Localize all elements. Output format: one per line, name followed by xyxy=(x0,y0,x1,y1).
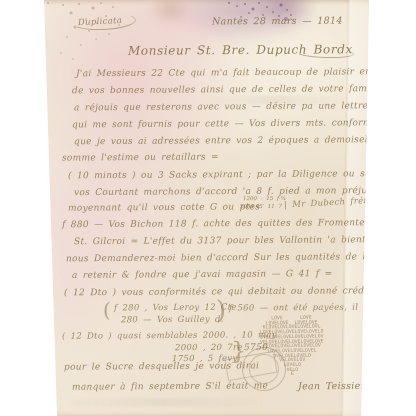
handwritten-line: a retenir & fondre que j'avai magasin — … xyxy=(72,269,332,281)
dateline: Nantes 28 mars — 1814 xyxy=(212,16,343,28)
gold-speckles xyxy=(47,2,49,4)
ink-bleedthrough xyxy=(64,398,264,406)
account-sum-560: f 560 — ont été payées, il acquittés xyxy=(229,302,406,313)
purple-speckles xyxy=(228,2,230,4)
duplicata-flourish xyxy=(72,11,137,31)
signature: Jean Teissier — xyxy=(298,381,381,393)
account-line: 280 — Vos Guilley d. xyxy=(121,315,224,326)
love-heart-line: E xyxy=(291,373,294,378)
closing-brace: ) xyxy=(216,296,227,326)
figure-stack-lower: 2084.45′ 11 7 xyxy=(240,204,282,210)
scanned-letter-image: Duplicata Nantes 28 mars — 1814 Monsieur… xyxy=(0,0,416,416)
opening-brace: ( xyxy=(103,298,111,322)
handwritten-line: manquer à fin septembre S'il était me xyxy=(72,381,268,392)
paper-fold-edge xyxy=(341,0,372,416)
paper-sheet: Duplicata Nantes 28 mars — 1814 Monsieur… xyxy=(0,0,416,416)
figure-stack-upper: 1200 · 15 f·¼ xyxy=(243,196,286,202)
brown-smudge-stain xyxy=(148,0,192,26)
handwritten-line: St. Gilcroi = L'effet du 3137 pour bles … xyxy=(74,235,416,248)
rect-stamp-line: — — xyxy=(248,368,255,374)
handwritten-line: somme l'estime ou retaillars = xyxy=(62,152,219,163)
handwritten-line: moyennant qu'il vous cotte G ou ptes xyxy=(68,202,260,213)
